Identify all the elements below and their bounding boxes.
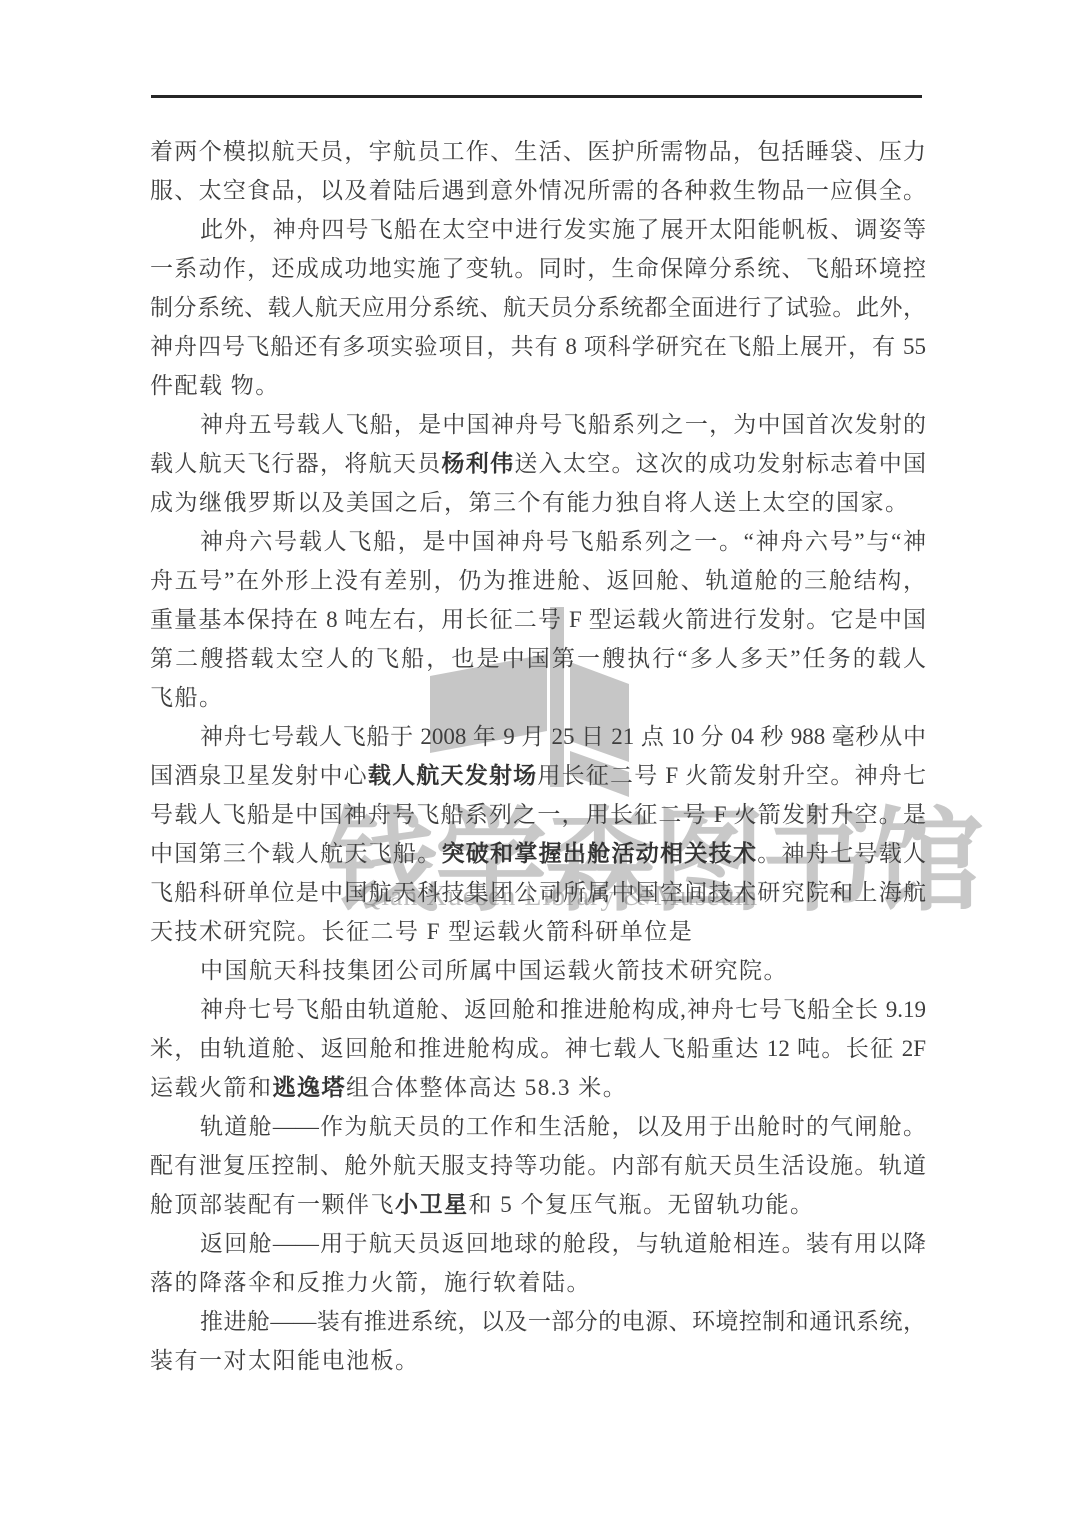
text-line: 舟五号”在外形上没有差别，仍为推进舱、返回舱、轨道舱的三舱结构， [150, 561, 926, 600]
text-line: 米，由轨道舱、返回舱和推进舱构成。神七载人飞船重达 12 吨。长征 2F [150, 1029, 926, 1068]
bold-text: 载人航天发射场 [368, 763, 537, 788]
text-line: 飞船科研单位是中国航天科技集团公司所属中国空间技术研究院和上海航 [150, 873, 926, 912]
text-line: 第二艘搭载太空人的飞船，也是中国第一艘执行“多人多天”任务的载人 [150, 639, 926, 678]
text-line: 天技术研究院。长征二号 F 型运载火箭科研单位是 [150, 912, 926, 951]
text-line: 神舟四号飞船还有多项实验项目，共有 8 项科学研究在飞船上展开，有 55 [150, 327, 926, 366]
text-line: 一系动作，还成成功地实施了变轨。同时，生命保障分系统、飞船环境控 [150, 249, 926, 288]
text-line: 件配载 物。 [150, 366, 926, 405]
bold-text: 小卫星 [395, 1192, 469, 1217]
text-line: 中国航天科技集团公司所属中国运载火箭技术研究院。 [150, 951, 926, 990]
text-line: 重量基本保持在 8 吨左右，用长征二号 F 型运载火箭进行发射。它是中国 [150, 600, 926, 639]
bold-text: 突破和掌握出舱活动相关技术 [441, 841, 757, 866]
text-line: 落的降落伞和反推力火箭，施行软着陆。 [150, 1263, 926, 1302]
document-body: 着两个模拟航天员，宇航员工作、生活、医护所需物品，包括睡袋、压力服、太空食品，以… [150, 132, 926, 1380]
text-line: 服、太空食品，以及着陆后遇到意外情况所需的各种救生物品一应俱全。 [150, 171, 926, 210]
text-line: 神舟五号载人飞船，是中国神舟号飞船系列之一，为中国首次发射的 [150, 405, 926, 444]
text-line: 推进舱——装有推进系统，以及一部分的电源、环境控制和通讯系统， [150, 1302, 926, 1341]
text-line: 着两个模拟航天员，宇航员工作、生活、医护所需物品，包括睡袋、压力 [150, 132, 926, 171]
text-line: 成为继俄罗斯以及美国之后，第三个有能力独自将人送上太空的国家。 [150, 483, 926, 522]
text-line: 制分系统、载人航天应用分系统、航天员分系统都全面进行了试验。此外， [150, 288, 926, 327]
text-line: 载人航天飞行器，将航天员杨利伟送入太空。这次的成功发射标志着中国 [150, 444, 926, 483]
text-line: 装有一对太阳能电池板。 [150, 1341, 926, 1380]
text-line: 神舟七号飞船由轨道舱、返回舱和推进舱构成,神舟七号飞船全长 9.19 [150, 990, 926, 1029]
text-line: 返回舱——用于航天员返回地球的舱段，与轨道舱相连。装有用以降 [150, 1224, 926, 1263]
text-line: 此外，神舟四号飞船在太空中进行发实施了展开太阳能帆板、调姿等 [150, 210, 926, 249]
bold-text: 逃逸塔 [273, 1075, 347, 1100]
bold-text: 杨利伟 [441, 451, 514, 476]
text-line: 国酒泉卫星发射中心载人航天发射场用长征二号 F 火箭发射升空。神舟七 [150, 756, 926, 795]
text-line: 神舟七号载人飞船于 2008 年 9 月 25 日 21 点 10 分 04 秒… [150, 717, 926, 756]
text-line: 神舟六号载人飞船，是中国神舟号飞船系列之一。“神舟六号”与“神 [150, 522, 926, 561]
text-line: 轨道舱——作为航天员的工作和生活舱，以及用于出舱时的气闸舱。 [150, 1107, 926, 1146]
text-line: 舱顶部装配有一颗伴飞小卫星和 5 个复压气瓶。无留轨功能。 [150, 1185, 926, 1224]
text-line: 配有泄复压控制、舱外航天服支持等功能。内部有航天员生活设施。轨道 [150, 1146, 926, 1185]
text-line: 号载人飞船是中国神舟号飞船系列之一，用长征二号 F 火箭发射升空。是 [150, 795, 926, 834]
text-line: 运载火箭和逃逸塔组合体整体高达 58.3 米。 [150, 1068, 926, 1107]
text-line: 中国第三个载人航天飞船。突破和掌握出舱活动相关技术。神舟七号载人 [150, 834, 926, 873]
text-line: 飞船。 [150, 678, 926, 717]
document-page: 钱学森图书馆 Qian Xuesen Library & Museum 着两个模… [0, 0, 1074, 1520]
